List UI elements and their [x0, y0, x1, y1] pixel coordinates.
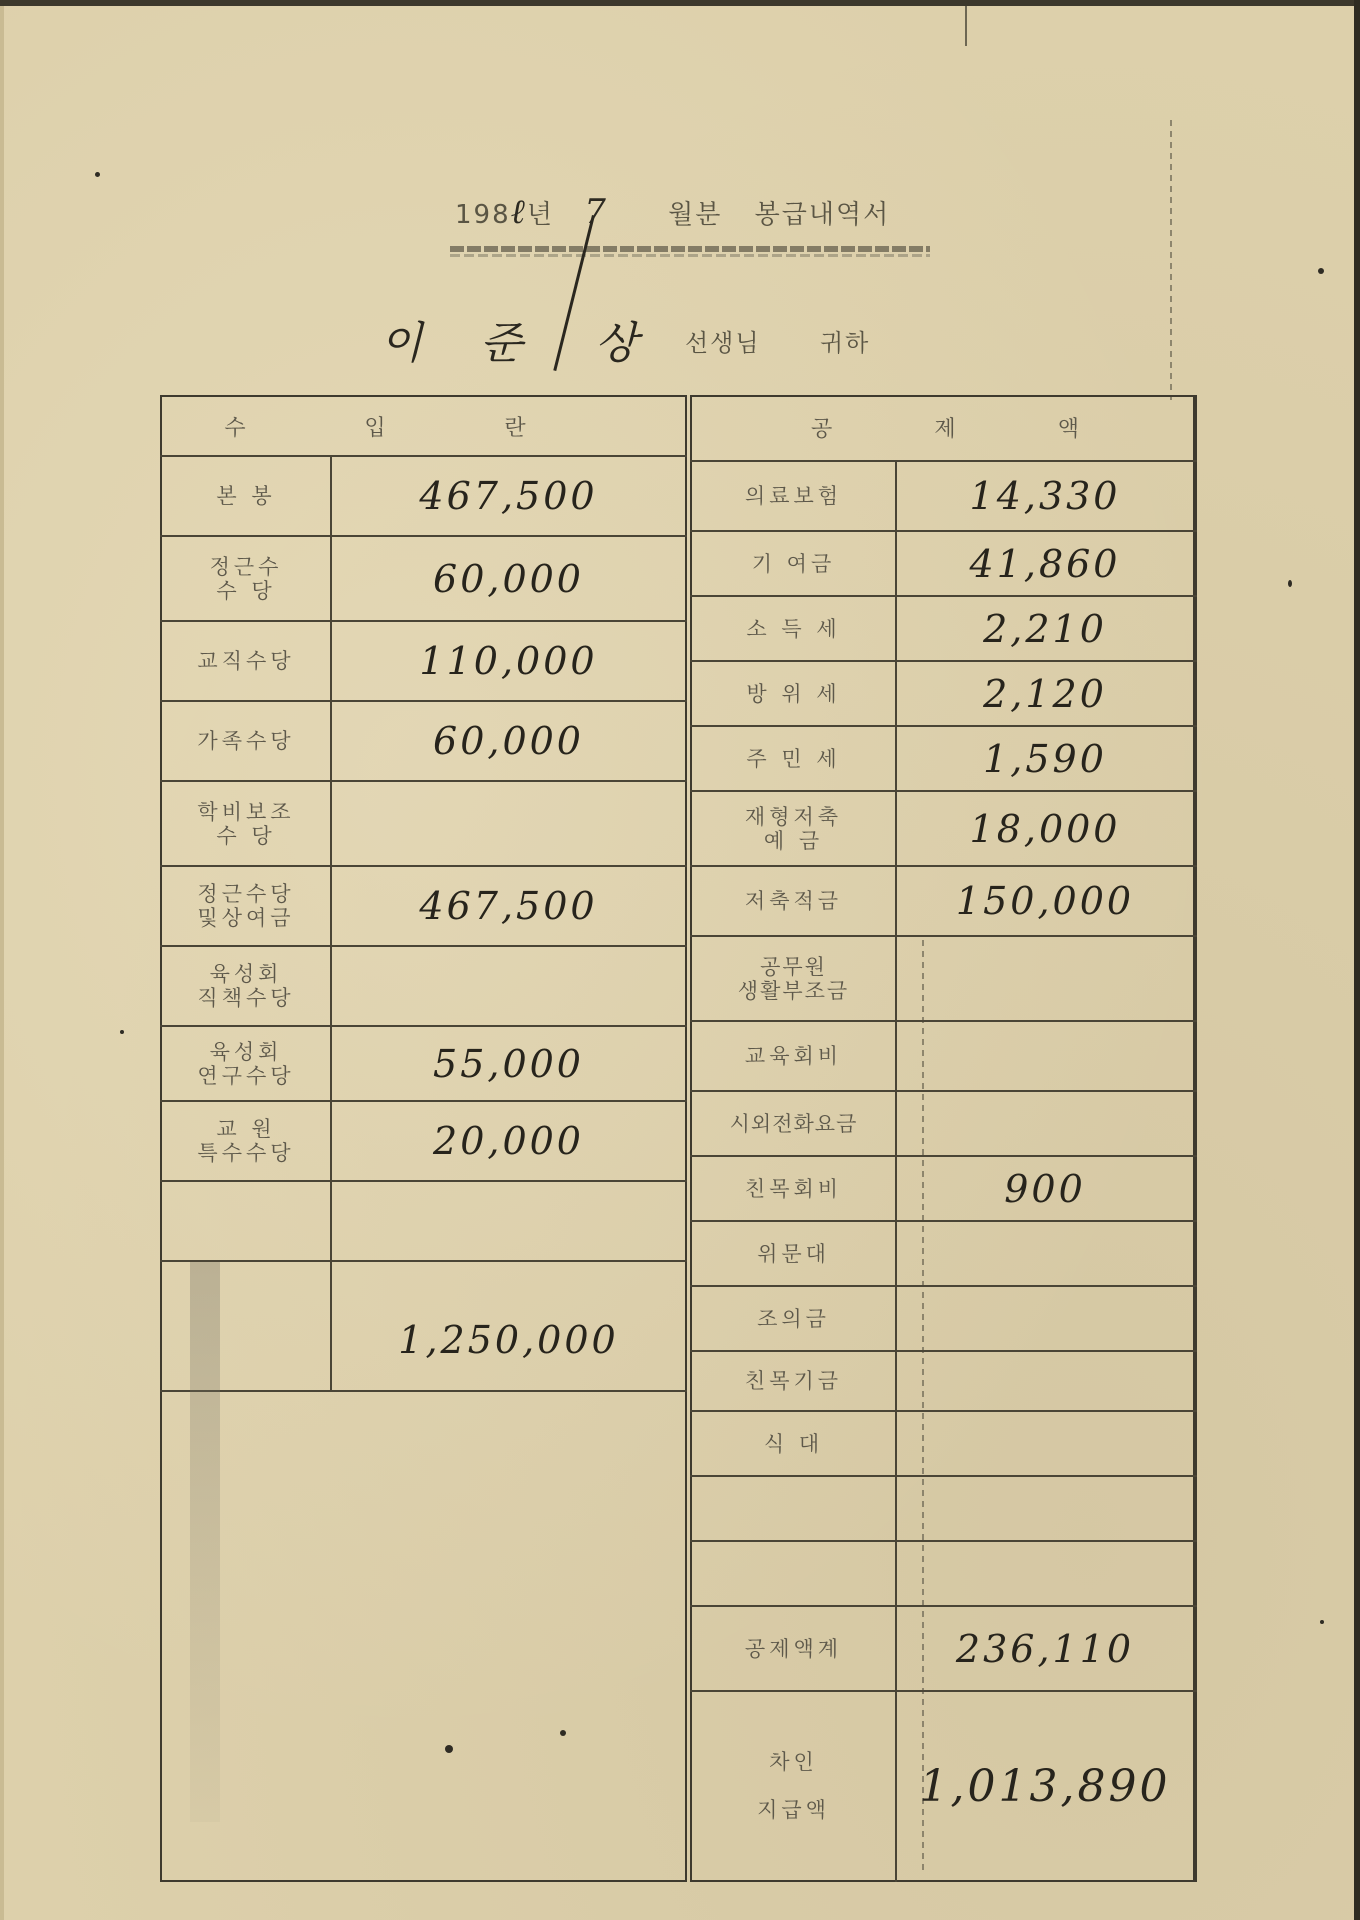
deduction-label-meal-cost: 식 대 — [692, 1412, 895, 1475]
deductions-total-value: 236,110 — [897, 1607, 1193, 1690]
income-value-tuition-allowance — [332, 782, 685, 865]
income-value-bonus: 467,500 — [332, 867, 685, 945]
deduction-label-comfort-fund: 위문대 — [692, 1222, 895, 1285]
document-title: 198ℓ년 7 월분 봉급내역서 — [455, 192, 935, 242]
deduction-label-blank-1 — [692, 1477, 895, 1540]
month-label: 월분 — [668, 200, 722, 230]
year-label: 년 — [527, 200, 554, 230]
document-name: 봉급내역서 — [755, 200, 891, 230]
income-value-diligence-allowance: 60,000 — [332, 537, 685, 620]
deduction-label-social-fund: 친목기금 — [692, 1352, 895, 1410]
deduction-value-health-insurance: 14,330 — [897, 462, 1193, 530]
income-value-family-allowance: 60,000 — [332, 702, 685, 780]
recipient-name-char-3: 상 — [595, 307, 638, 371]
paper-speck — [120, 1030, 124, 1034]
paper-speck — [1318, 268, 1324, 274]
deduction-label-pension-contribution: 기 여금 — [692, 532, 895, 595]
deduction-value-installment-savings: 150,000 — [897, 867, 1193, 935]
deductions-header-char: 액 — [1058, 412, 1079, 443]
deductions-header-char: 공 — [811, 412, 832, 443]
title-underline-secondary — [450, 254, 930, 257]
deduction-label-social-club-fee: 친목회비 — [692, 1157, 895, 1220]
net-pay-label: 차인 지급액 — [692, 1692, 895, 1880]
deduction-label-resident-tax: 주 민 세 — [692, 727, 895, 790]
deduction-value-condolence-money — [897, 1287, 1193, 1350]
income-header-char: 입 — [364, 411, 385, 442]
title-underline — [450, 246, 930, 252]
year-handwritten: ℓ — [511, 192, 527, 232]
deduction-value-meal-cost — [897, 1412, 1193, 1475]
deduction-label-long-distance-phone: 시외전화요금 — [692, 1092, 895, 1155]
income-label-pta-research-allowance: 육성회 연구수당 — [162, 1027, 330, 1100]
income-label-teacher-special-allowance: 교 원 특수수당 — [162, 1102, 330, 1180]
deduction-value-asset-savings: 18,000 — [897, 792, 1193, 865]
paper-speck — [1288, 580, 1292, 587]
recipient-name-char-2: 준 — [480, 307, 523, 371]
deduction-label-asset-savings: 재형저축 예 금 — [692, 792, 895, 865]
income-label-teaching-allowance: 교직수당 — [162, 622, 330, 700]
income-value-blank — [332, 1182, 685, 1260]
income-label-tuition-allowance: 학비보조 수 당 — [162, 782, 330, 865]
income-value-total: 1,250,000 — [332, 1290, 685, 1390]
deduction-label-defense-tax: 방 위 세 — [692, 662, 895, 725]
deduction-value-blank-1 — [897, 1477, 1193, 1540]
deduction-value-pension-contribution: 41,860 — [897, 532, 1193, 595]
deduction-value-social-fund — [897, 1352, 1193, 1410]
deduction-label-health-insurance: 의료보험 — [692, 462, 895, 530]
deductions-header: 공 제 액 — [760, 397, 1130, 457]
deduction-label-civil-servant-aid: 공무원 생활부조금 — [692, 937, 895, 1020]
paper-speck — [1320, 1620, 1324, 1624]
month-handwritten: 7 — [584, 192, 608, 232]
income-header-char: 란 — [504, 411, 525, 442]
scan-smudge — [190, 1262, 220, 1822]
deduction-label-blank-2 — [692, 1542, 895, 1605]
year-prefix: 198 — [455, 200, 511, 230]
income-label-base-pay: 본 봉 — [162, 457, 330, 535]
income-header: 수 입 란 — [165, 397, 585, 455]
income-value-teaching-allowance: 110,000 — [332, 622, 685, 700]
income-label-diligence-allowance: 정근수 수 당 — [162, 537, 330, 620]
deduction-value-resident-tax: 1,590 — [897, 727, 1193, 790]
income-header-char: 수 — [224, 411, 245, 442]
scan-right-edge — [1354, 0, 1360, 1920]
income-value-base-pay: 467,500 — [332, 457, 685, 535]
deduction-label-income-tax: 소 득 세 — [692, 597, 895, 660]
deduction-value-social-club-fee: 900 — [897, 1157, 1193, 1220]
paper-speck — [95, 172, 100, 177]
deduction-value-comfort-fund — [897, 1222, 1193, 1285]
margin-dashed-rule — [1170, 120, 1172, 400]
scan-top-edge — [0, 0, 1360, 6]
deduction-value-education-association-fee — [897, 1022, 1193, 1090]
net-pay-value: 1,013,890 — [897, 1692, 1193, 1880]
paper-left-edge — [0, 0, 4, 1920]
deduction-value-defense-tax: 2,120 — [897, 662, 1193, 725]
recipient-honorific: 선생님 — [685, 323, 761, 358]
deduction-label-installment-savings: 저축적금 — [692, 867, 895, 935]
deduction-value-civil-servant-aid — [897, 937, 1193, 1020]
deduction-label-condolence-money: 조의금 — [692, 1287, 895, 1350]
income-label-blank — [162, 1182, 330, 1260]
top-tick-mark — [965, 6, 967, 46]
recipient-row: 이 준 상 선생님 귀하 — [380, 305, 920, 375]
income-label-family-allowance: 가족수당 — [162, 702, 330, 780]
income-label-bonus: 정근수당 및상여금 — [162, 867, 330, 945]
recipient-suffix: 귀하 — [820, 323, 870, 358]
recipient-name-char-1: 이 — [380, 307, 423, 371]
income-value-pta-duty-allowance — [332, 947, 685, 1025]
income-total-rule — [160, 1390, 687, 1392]
deductions-header-char: 제 — [934, 412, 955, 443]
income-value-teacher-special-allowance: 20,000 — [332, 1102, 685, 1180]
deduction-label-education-association-fee: 교육회비 — [692, 1022, 895, 1090]
income-value-pta-research-allowance: 55,000 — [332, 1027, 685, 1100]
deduction-value-blank-2 — [897, 1542, 1193, 1605]
income-label-total — [162, 1262, 330, 1390]
deduction-value-income-tax: 2,210 — [897, 597, 1193, 660]
deductions-total-label: 공제액계 — [692, 1607, 895, 1690]
deduction-value-long-distance-phone — [897, 1092, 1193, 1155]
income-label-pta-duty-allowance: 육성회 직책수당 — [162, 947, 330, 1025]
